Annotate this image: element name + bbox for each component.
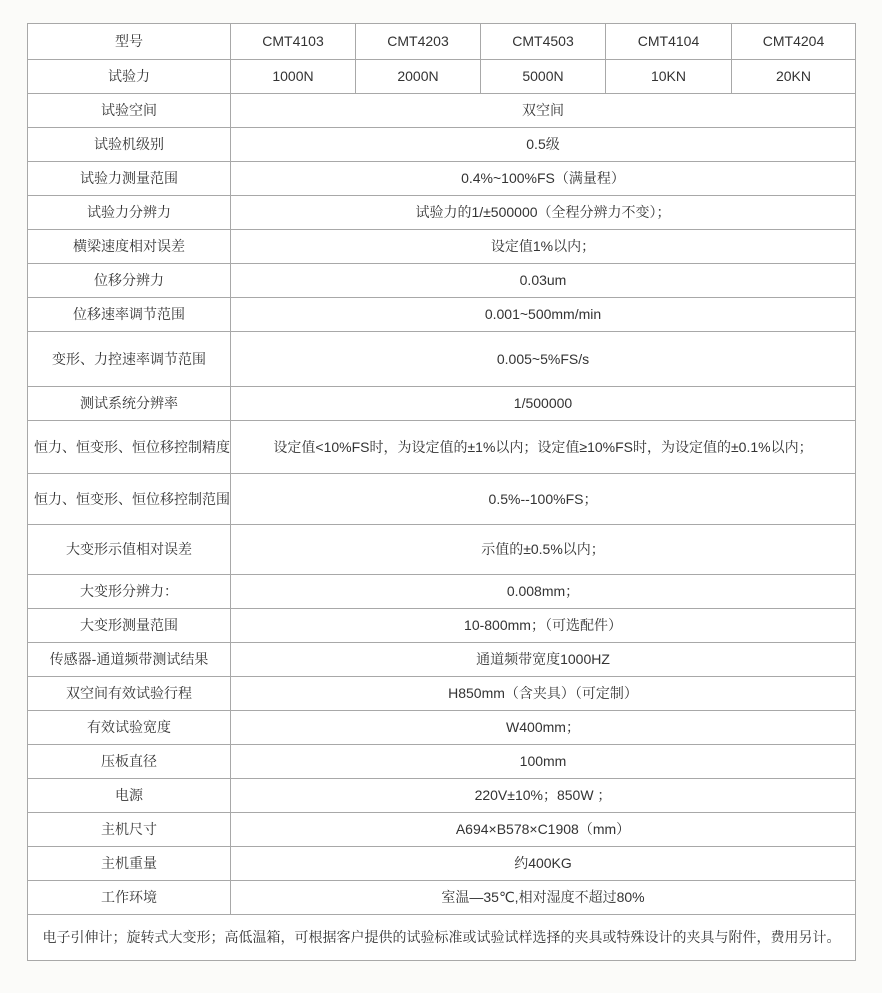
table-row: 试验机级别0.5级 xyxy=(28,128,856,162)
table-row: 有效试验宽度W400mm； xyxy=(28,711,856,745)
table-row: 横梁速度相对误差设定值1%以内； xyxy=(28,230,856,264)
spec-value-cell: 0.001~500mm/min xyxy=(231,298,856,332)
spec-value-cell: 1000N xyxy=(231,60,356,94)
table-row: 工作环境室温—35℃,相对湿度不超过80% xyxy=(28,881,856,915)
spec-table: 型号CMT4103CMT4203CMT4503CMT4104CMT4204试验力… xyxy=(27,23,856,961)
spec-value-cell: 220V±10%；850W ； xyxy=(231,779,856,813)
spec-value-cell: A694×B578×C1908（mm） xyxy=(231,813,856,847)
table-row: 变形、力控速率调节范围0.005~5%FS/s xyxy=(28,332,856,387)
spec-label-cell: 变形、力控速率调节范围 xyxy=(28,332,231,387)
spec-value-cell: 0.005~5%FS/s xyxy=(231,332,856,387)
spec-label-cell: 工作环境 xyxy=(28,881,231,915)
spec-label-cell: 试验机级别 xyxy=(28,128,231,162)
table-row: 位移速率调节范围0.001~500mm/min xyxy=(28,298,856,332)
spec-value-cell: 20KN xyxy=(732,60,856,94)
spec-label-cell: 横梁速度相对误差 xyxy=(28,230,231,264)
spec-label-cell: 主机尺寸 xyxy=(28,813,231,847)
spec-label-cell: 有效试验宽度 xyxy=(28,711,231,745)
table-row: 传感器-通道频带测试结果通道频带宽度1000HZ xyxy=(28,643,856,677)
table-row: 试验力测量范围0.4%~100%FS（满量程） xyxy=(28,162,856,196)
spec-label-cell: 电源 xyxy=(28,779,231,813)
spec-value-cell: 试验力的1/±500000（全程分辨力不变）； xyxy=(231,196,856,230)
spec-label-cell: 大变形分辨力： xyxy=(28,575,231,609)
spec-label-cell: 试验力分辨力 xyxy=(28,196,231,230)
spec-label-cell: 恒力、恒变形、恒位移控制范围 xyxy=(28,474,231,525)
spec-value-cell: CMT4204 xyxy=(732,24,856,60)
spec-label-cell: 恒力、恒变形、恒位移控制精度 xyxy=(28,421,231,474)
spec-value-cell: 双空间 xyxy=(231,94,856,128)
spec-label-cell: 位移分辨力 xyxy=(28,264,231,298)
spec-value-cell: CMT4104 xyxy=(606,24,732,60)
table-row: 大变形示值相对误差示值的±0.5%以内； xyxy=(28,525,856,575)
spec-label-cell: 试验力测量范围 xyxy=(28,162,231,196)
table-row: 测试系统分辨率1/500000 xyxy=(28,387,856,421)
spec-value-cell: 0.008mm； xyxy=(231,575,856,609)
spec-value-cell: 0.03um xyxy=(231,264,856,298)
table-row: 试验力分辨力试验力的1/±500000（全程分辨力不变）； xyxy=(28,196,856,230)
spec-value-cell: 约400KG xyxy=(231,847,856,881)
spec-value-cell: 0.5%--100%FS； xyxy=(231,474,856,525)
spec-label-cell: 测试系统分辨率 xyxy=(28,387,231,421)
table-row: 电源220V±10%；850W ； xyxy=(28,779,856,813)
table-row: 试验力1000N2000N5000N10KN20KN xyxy=(28,60,856,94)
spec-value-cell: 0.5级 xyxy=(231,128,856,162)
spec-label-cell: 双空间有效试验行程 xyxy=(28,677,231,711)
spec-label-cell: 试验空间 xyxy=(28,94,231,128)
table-row: 大变形测量范围10-800mm；（可选配件） xyxy=(28,609,856,643)
spec-value-cell: 室温—35℃,相对湿度不超过80% xyxy=(231,881,856,915)
table-row: 压板直径100mm xyxy=(28,745,856,779)
table-row: 电子引伸计；旋转式大变形；高低温箱，可根据客户提供的试验标准或试验试样选择的夹具… xyxy=(28,915,856,961)
spec-table-container: 型号CMT4103CMT4203CMT4503CMT4104CMT4204试验力… xyxy=(27,23,855,961)
footer-note-cell: 电子引伸计；旋转式大变形；高低温箱，可根据客户提供的试验标准或试验试样选择的夹具… xyxy=(28,915,856,961)
table-row: 双空间有效试验行程H850mm（含夹具）（可定制） xyxy=(28,677,856,711)
table-row: 试验空间双空间 xyxy=(28,94,856,128)
spec-label-cell: 大变形示值相对误差 xyxy=(28,525,231,575)
spec-value-cell: 0.4%~100%FS（满量程） xyxy=(231,162,856,196)
spec-value-cell: CMT4103 xyxy=(231,24,356,60)
table-row: 恒力、恒变形、恒位移控制精度设定值<10%FS时，为设定值的±1%以内；设定值≥… xyxy=(28,421,856,474)
spec-label-cell: 主机重量 xyxy=(28,847,231,881)
spec-value-cell: CMT4503 xyxy=(481,24,606,60)
table-row: 位移分辨力0.03um xyxy=(28,264,856,298)
table-row: 型号CMT4103CMT4203CMT4503CMT4104CMT4204 xyxy=(28,24,856,60)
table-row: 主机重量约400KG xyxy=(28,847,856,881)
spec-label-cell: 试验力 xyxy=(28,60,231,94)
spec-value-cell: 10-800mm；（可选配件） xyxy=(231,609,856,643)
table-row: 大变形分辨力：0.008mm； xyxy=(28,575,856,609)
spec-value-cell: 设定值<10%FS时，为设定值的±1%以内；设定值≥10%FS时，为设定值的±0… xyxy=(231,421,856,474)
spec-label-cell: 压板直径 xyxy=(28,745,231,779)
spec-value-cell: CMT4203 xyxy=(356,24,481,60)
spec-value-cell: 2000N xyxy=(356,60,481,94)
spec-value-cell: 设定值1%以内； xyxy=(231,230,856,264)
spec-value-cell: W400mm； xyxy=(231,711,856,745)
spec-label-cell: 位移速率调节范围 xyxy=(28,298,231,332)
spec-value-cell: 10KN xyxy=(606,60,732,94)
table-row: 主机尺寸A694×B578×C1908（mm） xyxy=(28,813,856,847)
spec-value-cell: 100mm xyxy=(231,745,856,779)
spec-value-cell: H850mm（含夹具）（可定制） xyxy=(231,677,856,711)
spec-value-cell: 示值的±0.5%以内； xyxy=(231,525,856,575)
spec-value-cell: 1/500000 xyxy=(231,387,856,421)
spec-label-cell: 型号 xyxy=(28,24,231,60)
spec-value-cell: 通道频带宽度1000HZ xyxy=(231,643,856,677)
table-row: 恒力、恒变形、恒位移控制范围0.5%--100%FS； xyxy=(28,474,856,525)
spec-value-cell: 5000N xyxy=(481,60,606,94)
spec-label-cell: 大变形测量范围 xyxy=(28,609,231,643)
spec-table-body: 型号CMT4103CMT4203CMT4503CMT4104CMT4204试验力… xyxy=(28,24,856,961)
spec-label-cell: 传感器-通道频带测试结果 xyxy=(28,643,231,677)
